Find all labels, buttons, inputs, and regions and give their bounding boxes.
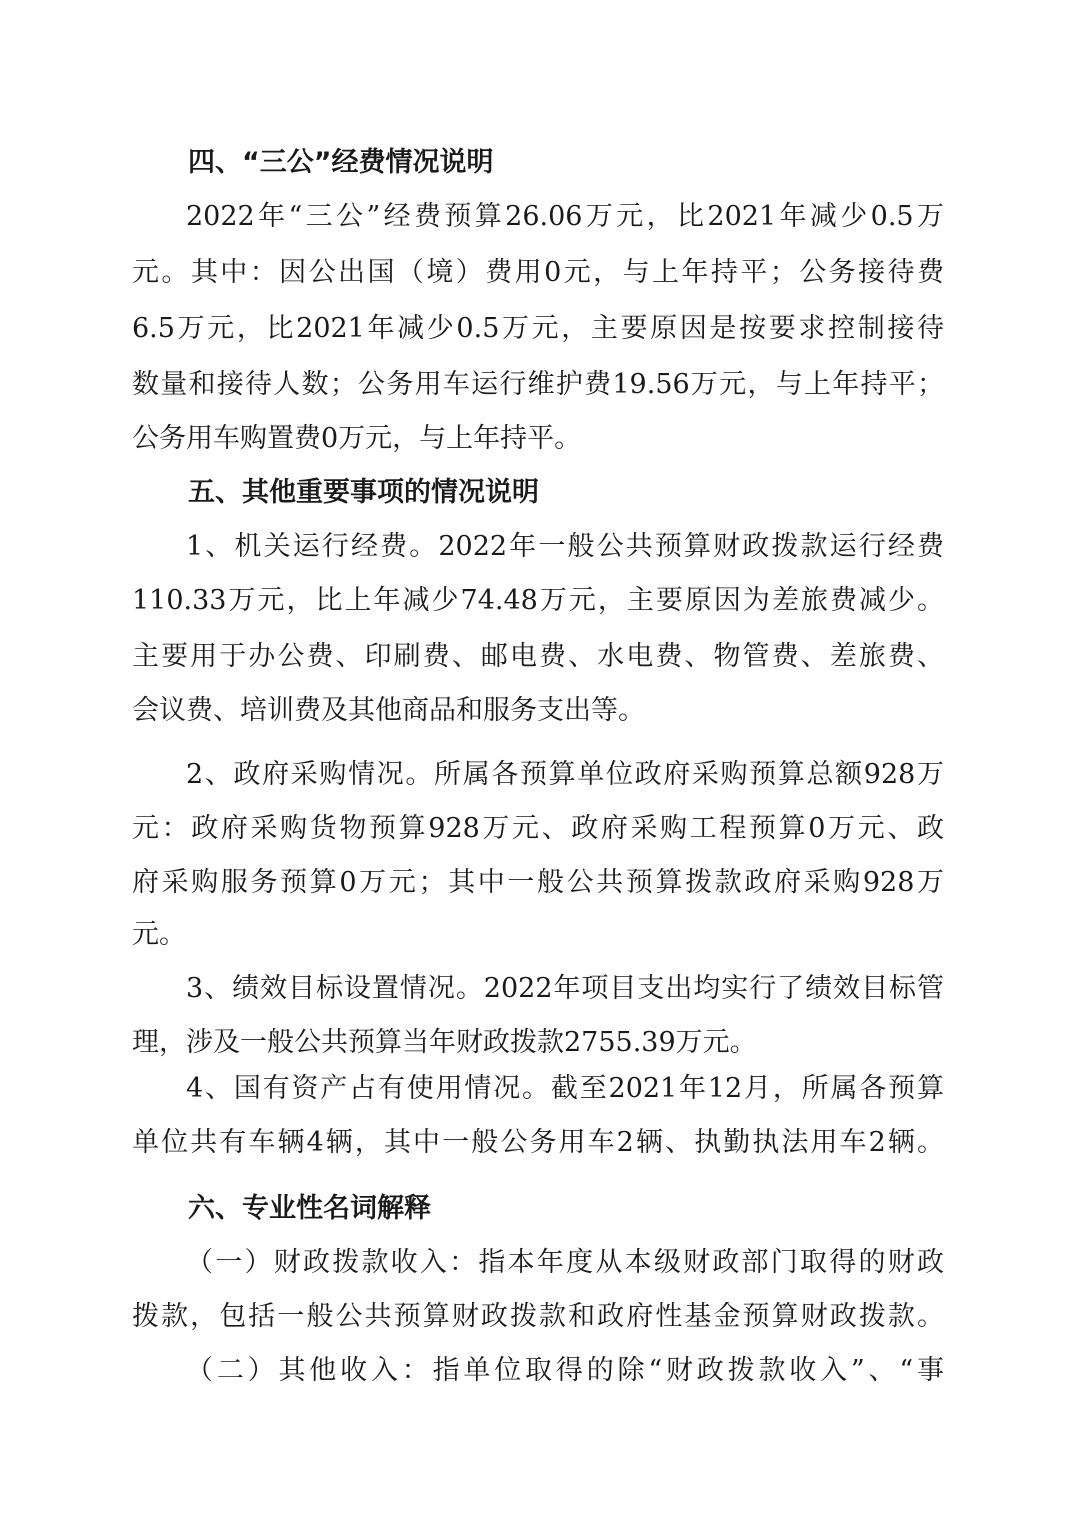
- paragraph-line: 元。其中：因公出国（境）费用0元，与上年持平；公务接待费: [132, 256, 944, 290]
- paragraph-line: 拨款，包括一般公共预算财政拨款和政府性基金预算财政拨款。: [132, 1300, 944, 1334]
- paragraph-line: 数量和接待人数；公务用车运行维护费19.56万元，与上年持平；: [132, 368, 944, 402]
- paragraph-line: 公务用车购置费0万元，与上年持平。: [132, 422, 944, 456]
- section-heading-5: 五、其他重要事项的情况说明: [188, 476, 539, 510]
- paragraph-line: 4、国有资产占有使用情况。截至2021年12月，所属各预算: [186, 1072, 944, 1106]
- paragraph-line: 会议费、培训费及其他商品和服务支出等。: [132, 694, 944, 728]
- paragraph-line: 主要用于办公费、印刷费、邮电费、水电费、物管费、差旅费、: [132, 640, 944, 674]
- paragraph-line: 单位共有车辆4辆，其中一般公务用车2辆、执勤执法用车2辆。: [132, 1126, 944, 1160]
- paragraph-line: 府采购服务预算0万元；其中一般公共预算拨款政府采购928万: [132, 866, 944, 900]
- paragraph-line: 1、机关运行经费。2022年一般公共预算财政拨款运行经费: [186, 530, 944, 564]
- paragraph-line: （二）其他收入：指单位取得的除“财政拨款收入”、“事: [186, 1354, 944, 1388]
- paragraph-line: 110.33万元，比上年减少74.48万元，主要原因为差旅费减少。: [132, 584, 944, 618]
- paragraph-line: 理，涉及一般公共预算当年财政拨款2755.39万元。: [132, 1026, 944, 1060]
- section-heading-4: 四、“三公”经费情况说明: [188, 146, 494, 180]
- paragraph-line: 元：政府采购货物预算928万元、政府采购工程预算0万元、政: [132, 812, 944, 846]
- paragraph-line: 2、政府采购情况。所属各预算单位政府采购预算总额928万: [186, 758, 944, 792]
- paragraph-line: 6.5万元，比2021年减少0.5万元，主要原因是按要求控制接待: [132, 312, 944, 346]
- section-heading-6: 六、专业性名词解释: [188, 1192, 431, 1226]
- paragraph-line: 3、绩效目标设置情况。2022年项目支出均实行了绩效目标管: [186, 972, 944, 1006]
- paragraph-line: （一）财政拨款收入：指本年度从本级财政部门取得的财政: [186, 1246, 944, 1280]
- paragraph-line: 元。: [132, 918, 944, 952]
- paragraph-line: 2022年“三公”经费预算26.06万元，比2021年减少0.5万: [186, 200, 944, 234]
